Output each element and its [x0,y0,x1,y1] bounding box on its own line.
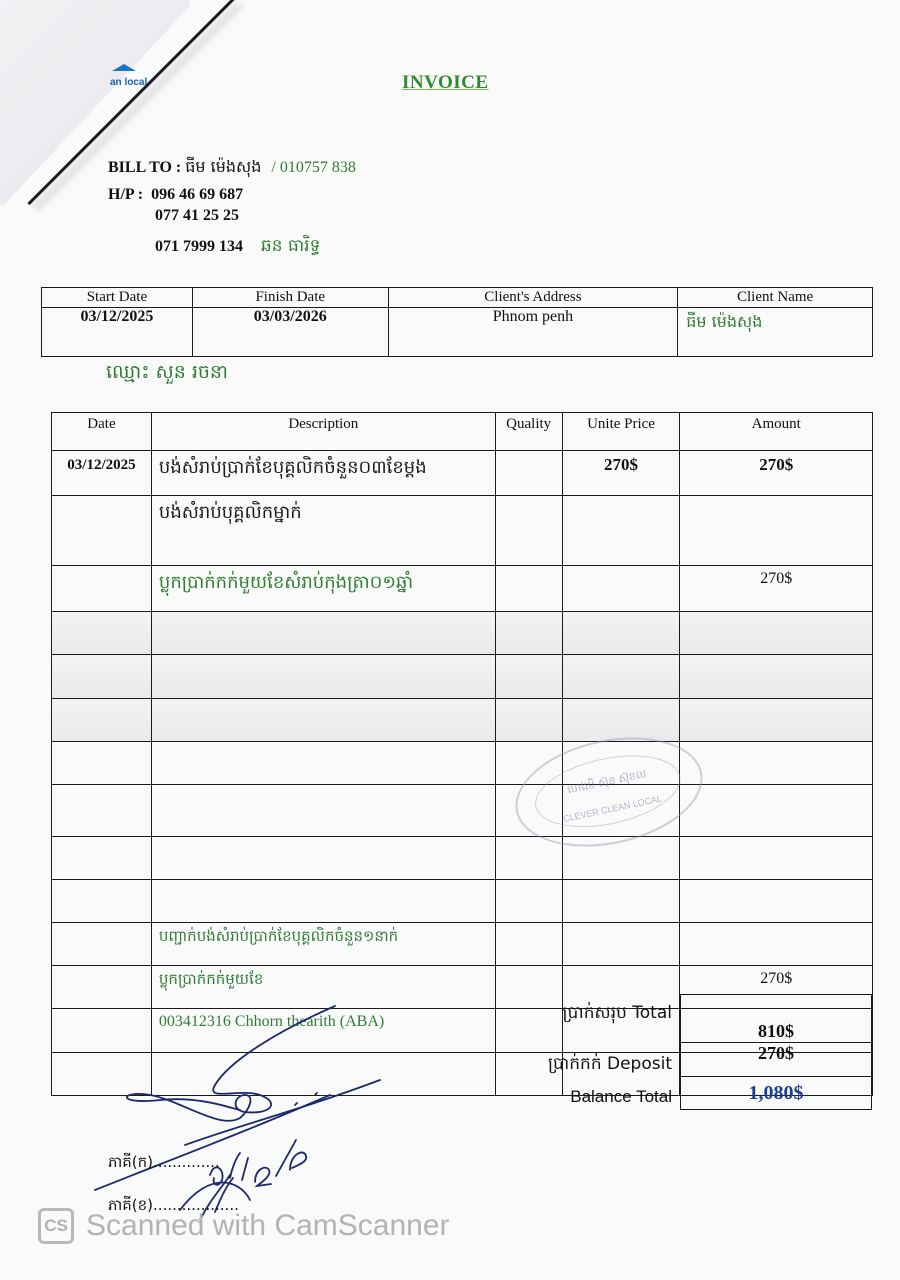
row-quality [495,699,562,742]
row-date: 03/12/2025 [52,451,152,496]
hp-label: H/P : [108,186,143,203]
camscanner-text: Scanned with CamScanner [86,1209,450,1243]
row-description: បង់សំរាប់បុគ្គលិកម្នាក់ [151,496,495,566]
row-date [52,880,152,923]
row-quality [495,451,562,496]
row-amount [680,923,873,966]
row-quality [495,923,562,966]
camscanner-logo-icon: CS [38,1208,74,1244]
phone-3-line: 071 7999 134 ឆន ធារិទ្ធ [155,235,320,260]
row-date [52,742,152,785]
hp-line: H/P : 096 46 69 687 [108,186,243,204]
signature-scribble [90,1000,410,1220]
row-description [151,742,495,785]
row-description: ប្លុកប្រាក់កក់មួយខែសំរាប់កុងត្រា០១ឆ្នាំ [151,566,495,612]
total-value: 810$ [681,995,872,1043]
row-unit-price [562,699,680,742]
balance-value: 1,080$ [681,1077,872,1110]
info-value-row: 03/12/2025 03/03/2026 Phnom penh ធីម ម៉េ… [42,308,873,357]
party-a-signature-line: ភាគី(ក).............. [108,1153,220,1175]
row-description [151,785,495,837]
phone-1: 096 46 69 687 [151,186,243,203]
row-description [151,837,495,880]
camscanner-watermark: CS Scanned with CamScanner [38,1208,450,1244]
row-date [52,566,152,612]
totals-table: 810$ 270$ 1,080$ [680,994,872,1110]
company-logo-icon [112,64,136,71]
row-quality [495,1009,562,1053]
row-description [151,699,495,742]
table-row: បញ្ជាក់បង់សំរាប់ប្រាក់ខែបុគ្គលិកចំនួន១នា… [52,923,873,966]
row-date [52,699,152,742]
row-unit-price [562,566,680,612]
row-amount [680,880,873,923]
table-row [52,655,873,699]
phone-3: 071 7999 134 [155,238,243,255]
phone-2: 077 41 25 25 [155,207,239,225]
row-description [151,612,495,655]
deposit-label: ប្រាក់កក់ Deposit [548,1053,672,1078]
company-logo-text: an local [110,77,147,88]
row-amount [680,699,873,742]
row-quality [495,880,562,923]
row-quality [495,966,562,1009]
row-date [52,496,152,566]
table-row [52,785,873,837]
contract-info-table: Start Date Finish Date Client's Address … [41,287,873,357]
row-unit-price: 270$ [562,451,680,496]
row-amount [680,742,873,785]
invoice-title: INVOICE [402,72,489,94]
start-date-value: 03/12/2025 [42,308,193,357]
contact-name: ឆន ធារិទ្ធ [261,236,320,256]
client-name-value: ធីម ម៉េងសុង [678,308,873,357]
bill-to-name: ធីម ម៉េងសុង [185,157,261,176]
client-address-value: Phnom penh [388,308,678,357]
row-amount [680,785,873,837]
header-description: Description [151,413,495,451]
worker-name-line: ឈ្មោះ សួន រចនា [106,360,228,388]
deposit-value: 270$ [681,1043,872,1077]
row-quality [495,655,562,699]
header-quality: Quality [495,413,562,451]
row-date [52,612,152,655]
table-row: បង់សំរាប់បុគ្គលិកម្នាក់ [52,496,873,566]
row-unit-price [562,880,680,923]
header-amount: Amount [680,413,873,451]
table-row: 03/12/2025បង់សំរាប់ប្រាក់ខែបុគ្គលិកចំនួន… [52,451,873,496]
row-quality [495,496,562,566]
table-row [52,742,873,785]
row-unit-price [562,655,680,699]
header-unit-price: Unite Price [562,413,680,451]
row-unit-price [562,496,680,566]
row-amount: 270$ [680,566,873,612]
row-date [52,785,152,837]
row-description [151,880,495,923]
row-date [52,923,152,966]
table-row [52,699,873,742]
row-amount [680,496,873,566]
row-amount [680,655,873,699]
header-start-date: Start Date [42,288,193,308]
bill-to-account: / 010757 838 [271,159,355,176]
row-date [52,837,152,880]
total-label: ប្រាក់សរុប Total [562,1002,672,1027]
row-date [52,655,152,699]
header-client-name: Client Name [678,288,873,308]
bill-to-label: BILL TO : [108,159,181,176]
row-unit-price [562,923,680,966]
table-row [52,880,873,923]
finish-date-value: 03/03/2026 [192,308,388,357]
row-quality [495,566,562,612]
row-amount [680,837,873,880]
row-description [151,655,495,699]
bill-to-line: BILL TO : ធីម ម៉េងសុង / 010757 838 [108,156,356,180]
items-header-row: Date Description Quality Unite Price Amo… [52,413,873,451]
row-quality [495,837,562,880]
row-description: បង់សំរាប់ប្រាក់ខែបុគ្គលិកចំនួន០៣ខែម្តង [151,451,495,496]
row-unit-price [562,612,680,655]
row-description: បញ្ជាក់បង់សំរាប់ប្រាក់ខែបុគ្គលិកចំនួន១នា… [151,923,495,966]
info-header-row: Start Date Finish Date Client's Address … [42,288,873,308]
table-row: ប្លុកប្រាក់កក់មួយខែសំរាប់កុងត្រា០១ឆ្នាំ2… [52,566,873,612]
balance-label: Balance Total [570,1087,672,1107]
header-date: Date [52,413,152,451]
row-amount [680,612,873,655]
row-quality [495,612,562,655]
header-finish-date: Finish Date [192,288,388,308]
table-row [52,837,873,880]
table-row [52,612,873,655]
row-amount: 270$ [680,451,873,496]
header-client-address: Client's Address [388,288,678,308]
